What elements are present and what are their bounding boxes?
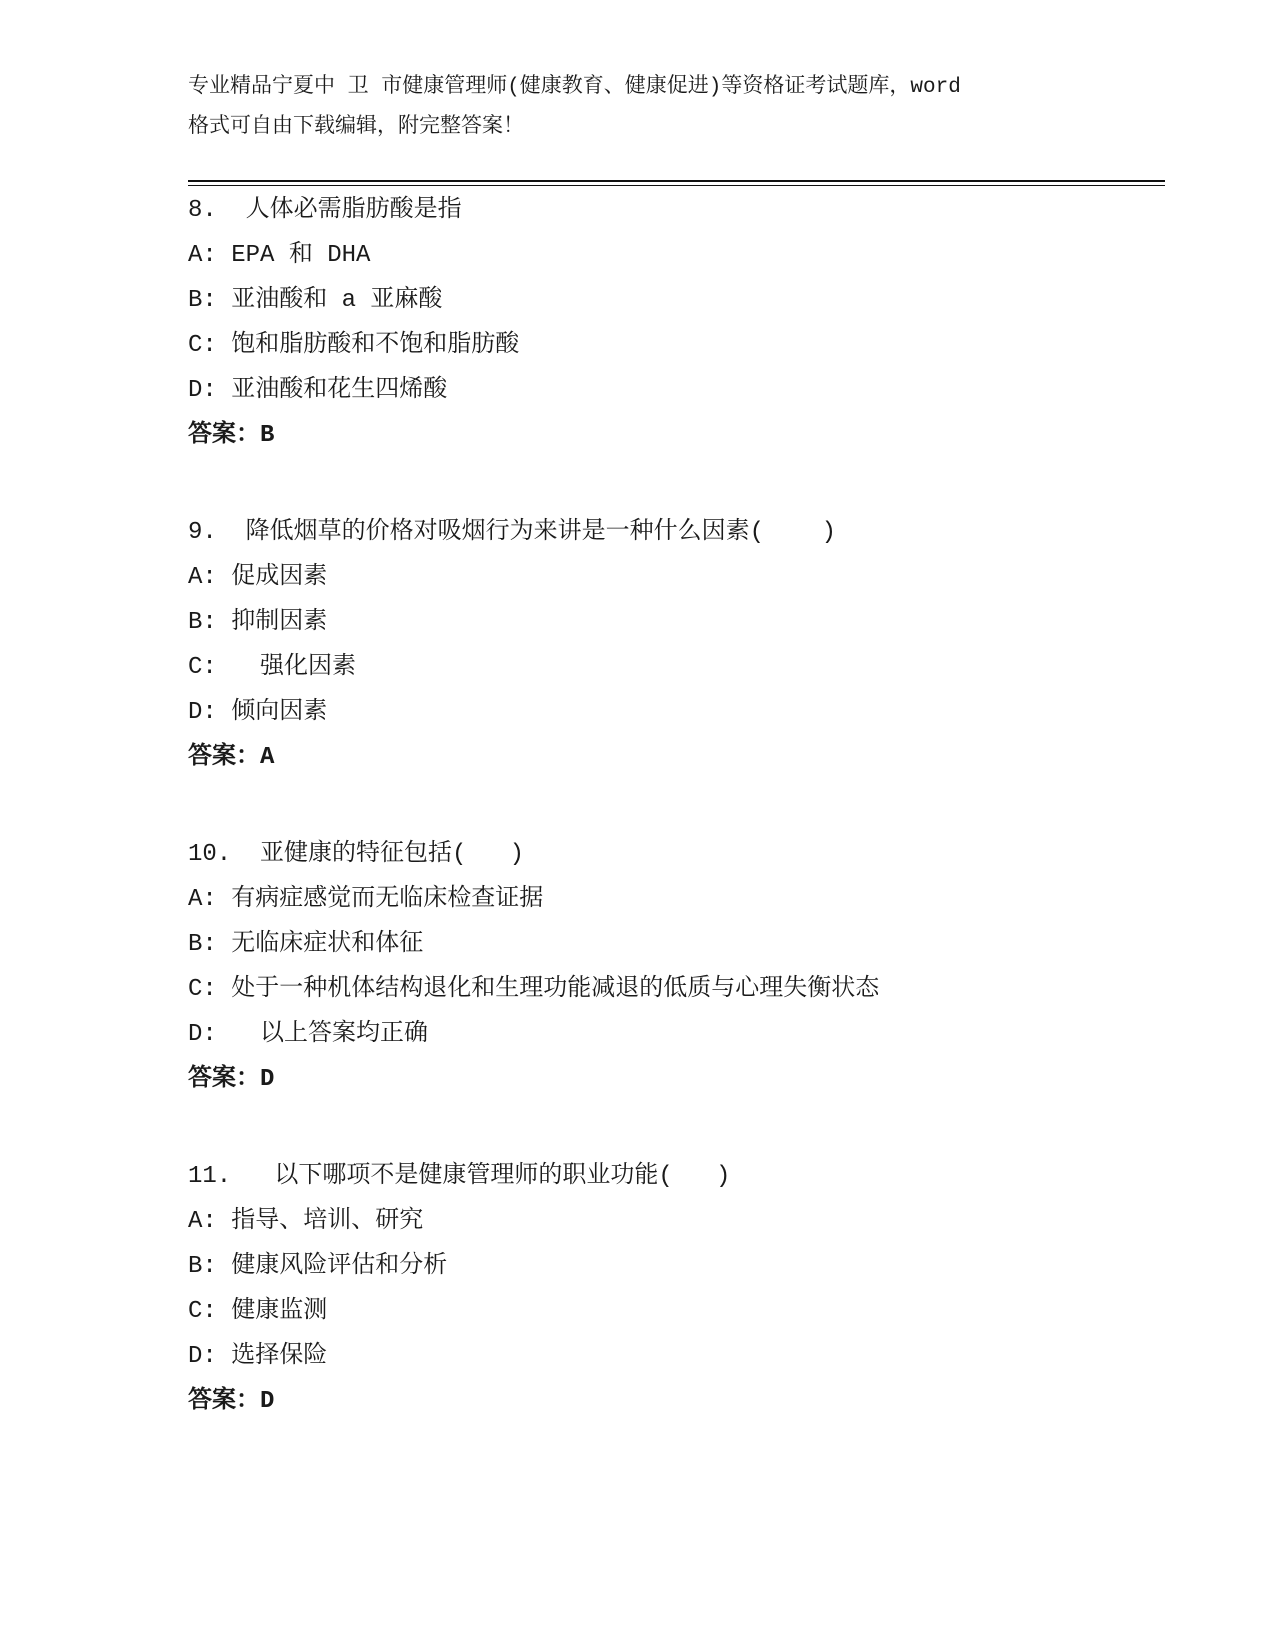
question-block-10: 10. 亚健康的特征包括( ) A: 有病症感觉而无临床检查证据 B: 无临床症…: [188, 832, 1165, 1102]
question-block-11: 11. 以下哪项不是健康管理师的职业功能( ) A: 指导、培训、研究 B: 健…: [188, 1154, 1165, 1424]
document-page: 专业精品宁夏中 卫 市健康管理师(健康教育、健康促进)等资格证考试题库，word…: [0, 0, 1275, 1424]
question-10-option-a: A: 有病症感觉而无临床检查证据: [188, 877, 1165, 922]
question-9-answer: 答案：A: [188, 735, 1165, 780]
question-list: 8. 人体必需脂肪酸是指 A: EPA 和 DHA B: 亚油酸和 a 亚麻酸 …: [188, 186, 1165, 1424]
question-11-answer: 答案：D: [188, 1379, 1165, 1424]
question-10-option-c: C: 处于一种机体结构退化和生理功能减退的低质与心理失衡状态: [188, 967, 1165, 1012]
question-9-option-a: A: 促成因素: [188, 555, 1165, 600]
question-8-option-a: A: EPA 和 DHA: [188, 233, 1165, 278]
header-line-1: 专业精品宁夏中 卫 市健康管理师(健康教育、健康促进)等资格证考试题库，word: [188, 68, 1165, 108]
question-8-option-d: D: 亚油酸和花生四烯酸: [188, 368, 1165, 413]
question-10-title: 10. 亚健康的特征包括( ): [188, 832, 1165, 877]
question-9-option-d: D: 倾向因素: [188, 690, 1165, 735]
question-block-9: 9. 降低烟草的价格对吸烟行为来讲是一种什么因素( ) A: 促成因素 B: 抑…: [188, 510, 1165, 780]
question-block-8: 8. 人体必需脂肪酸是指 A: EPA 和 DHA B: 亚油酸和 a 亚麻酸 …: [188, 188, 1165, 458]
question-11-option-b: B: 健康风险评估和分析: [188, 1244, 1165, 1289]
question-8-answer: 答案：B: [188, 413, 1165, 458]
header-line-2: 格式可自由下载编辑，附完整答案！: [188, 108, 1165, 148]
question-10-option-b: B: 无临床症状和体征: [188, 922, 1165, 967]
question-8-option-c: C: 饱和脂肪酸和不饱和脂肪酸: [188, 323, 1165, 368]
question-10-option-d: D: 以上答案均正确: [188, 1012, 1165, 1057]
question-9-option-b: B: 抑制因素: [188, 600, 1165, 645]
question-10-answer: 答案：D: [188, 1057, 1165, 1102]
question-9-option-c: C: 强化因素: [188, 645, 1165, 690]
question-8-option-b: B: 亚油酸和 a 亚麻酸: [188, 278, 1165, 323]
question-11-option-d: D: 选择保险: [188, 1334, 1165, 1379]
question-11-option-a: A: 指导、培训、研究: [188, 1199, 1165, 1244]
page-header: 专业精品宁夏中 卫 市健康管理师(健康教育、健康促进)等资格证考试题库，word…: [188, 0, 1165, 148]
question-11-option-c: C: 健康监测: [188, 1289, 1165, 1334]
question-8-title: 8. 人体必需脂肪酸是指: [188, 188, 1165, 233]
question-9-title: 9. 降低烟草的价格对吸烟行为来讲是一种什么因素( ): [188, 510, 1165, 555]
question-11-title: 11. 以下哪项不是健康管理师的职业功能( ): [188, 1154, 1165, 1199]
